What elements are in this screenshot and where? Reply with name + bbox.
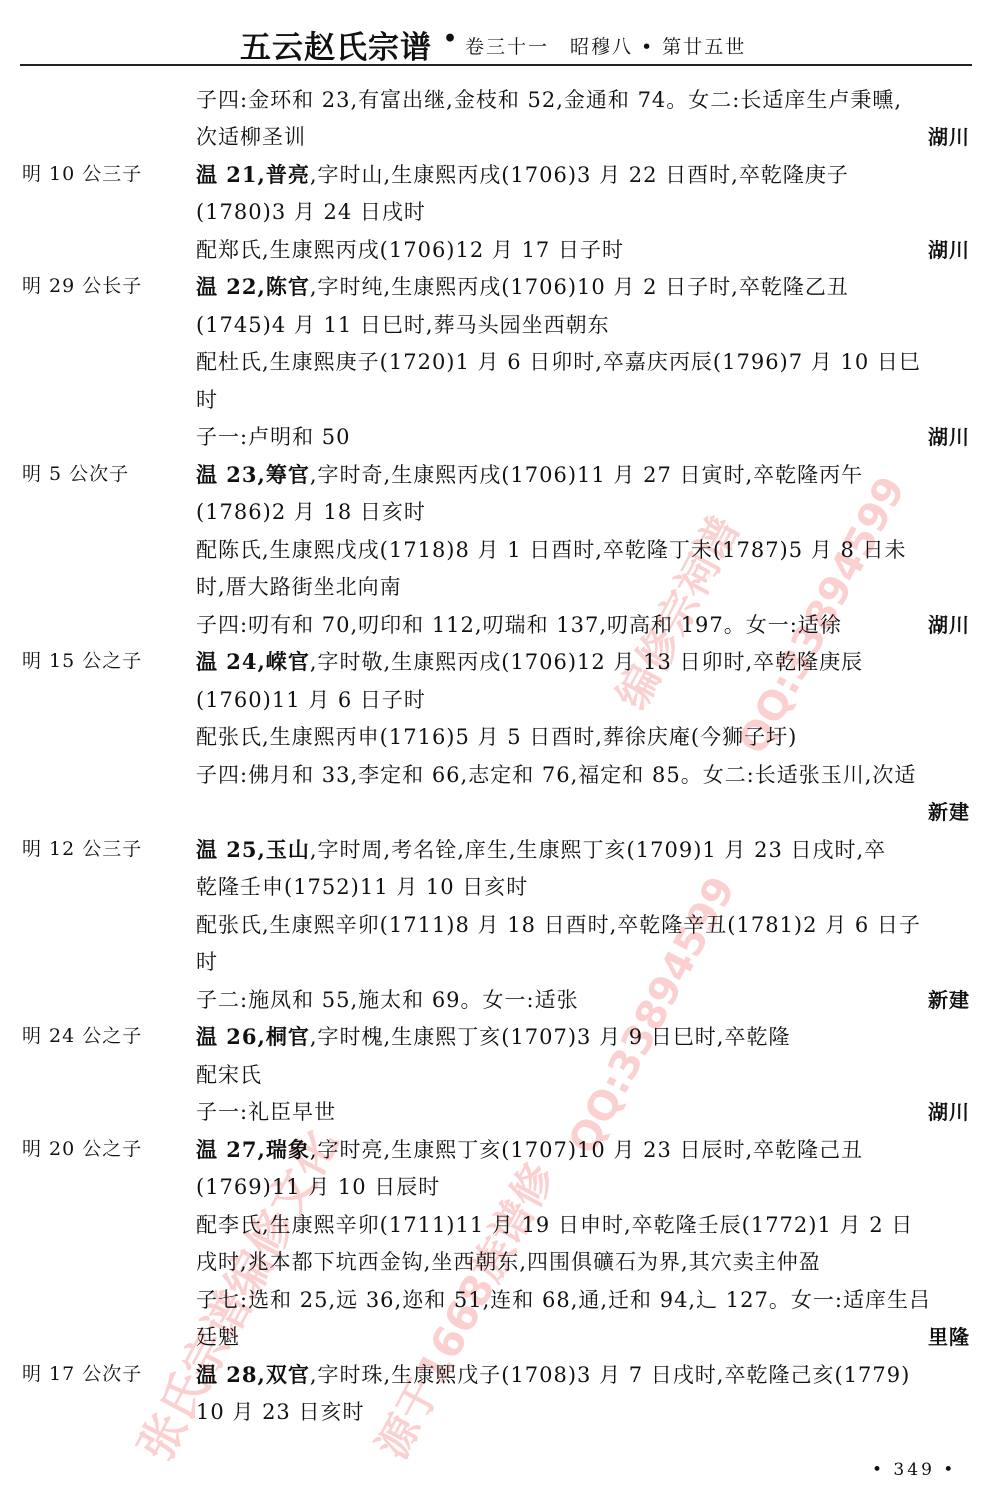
entry-number: 温 22, — [196, 274, 266, 299]
entry-text: (1786)2 月 18 日亥时 — [196, 500, 426, 524]
person-name: 嵘官 — [266, 649, 310, 674]
person-name: 玉山 — [266, 837, 310, 862]
entry-number: 温 21, — [196, 162, 266, 187]
entry-heading-line: 温 22,陈官,字时纯,生康熙丙戌(1706)10 月 2 日子时,卒乾隆乙丑 — [196, 272, 970, 302]
entry-text: ,字时奇,生康熙丙戌(1706)11 月 27 日寅时,卒乾隆丙午 — [310, 463, 863, 487]
entry-line: 新建 — [196, 797, 970, 827]
person-name: 瑞象 — [266, 1137, 310, 1162]
entry-line: 配陈氏,生康熙戊戌(1718)8 月 1 日酉时,卒乾隆丁未(1787)5 月 … — [196, 535, 970, 565]
entry-text: 配陈氏,生康熙戊戌(1718)8 月 1 日酉时,卒乾隆丁未(1787)5 月 … — [196, 538, 907, 562]
entry-line: 戌时,兆本都下坑西金钩,坐西朝东,四围俱礦石为界,其穴卖主仲盈 — [196, 1247, 970, 1277]
volume-subtitle: 卷三十一 昭穆八 • 第廿五世 — [465, 32, 746, 59]
father-label: 明 20 公之子 — [22, 1134, 142, 1164]
entry-line: 时 — [196, 947, 970, 977]
entry-line: 子七:选和 25,远 36,迩和 51,连和 68,通,迁和 94,辶 127。… — [196, 1285, 970, 1315]
entry-heading-line: 温 28,双官,字时珠,生康熙戊子(1708)3 月 7 日戌时,卒乾隆己亥(1… — [196, 1360, 970, 1390]
entry-text: ,字时纯,生康熙丙戌(1706)10 月 2 日子时,卒乾隆乙丑 — [310, 275, 849, 299]
entry-text: 廷魁 — [196, 1325, 240, 1349]
father-label: 明 17 公次子 — [22, 1359, 142, 1389]
entry-text: 子七:选和 25,远 36,迩和 51,连和 68,通,迁和 94,辶 127。… — [196, 1288, 931, 1312]
entry-line: 子四:佛月和 33,李定和 66,志定和 76,福定和 85。女二:长适张玉川,… — [196, 760, 970, 790]
father-label: 明 5 公次子 — [22, 459, 129, 489]
place-name: 新建 — [928, 797, 970, 827]
place-name: 湖川 — [928, 1097, 970, 1127]
entry-line: (1786)2 月 18 日亥时 — [196, 497, 970, 527]
entry-line: (1760)11 月 6 日子时 — [196, 685, 970, 715]
entry-text: 配李氏,生康熙辛卯(1711)11 月 19 日申时,卒乾隆壬辰(1772)1 … — [196, 1213, 913, 1237]
entry-text: 配郑氏,生康熙丙戌(1706)12 月 17 日子时 — [196, 238, 624, 262]
entry-text: 配宋氏 — [196, 1063, 262, 1087]
entry-line: 次适柳圣训湖川 — [196, 122, 970, 152]
entry-text: 子四:叨有和 70,叨印和 112,叨瑞和 137,叨高和 197。女一:适徐 — [196, 613, 842, 637]
header-separator-dot: • — [443, 26, 457, 52]
person-name: 普亮 — [266, 162, 310, 187]
entry-heading-line: 温 25,玉山,字时周,考名铨,庠生,生康熙丁亥(1709)1 月 23 日戌时… — [196, 835, 970, 865]
entry-line: 时,厝大路街坐北向南 — [196, 572, 970, 602]
person-name: 陈官 — [266, 274, 310, 299]
place-name: 湖川 — [928, 235, 970, 265]
entry-text: 配张氏,生康熙辛卯(1711)8 月 18 日酉时,卒乾隆辛丑(1781)2 月… — [196, 913, 921, 937]
entry-heading-line: 温 23,筹官,字时奇,生康熙丙戌(1706)11 月 27 日寅时,卒乾隆丙午 — [196, 460, 970, 490]
entry-line: 配郑氏,生康熙丙戌(1706)12 月 17 日子时湖川 — [196, 235, 970, 265]
place-name: 新建 — [928, 985, 970, 1015]
entry-text: 10 月 23 日亥时 — [196, 1400, 364, 1424]
entry-text: 戌时,兆本都下坑西金钩,坐西朝东,四围俱礦石为界,其穴卖主仲盈 — [196, 1250, 821, 1274]
entry-number: 温 25, — [196, 837, 266, 862]
entry-text: (1769)11 月 10 日辰时 — [196, 1175, 440, 1199]
entry-heading-line: 温 24,嵘官,字时敬,生康熙丙戌(1706)12 月 13 日卯时,卒乾隆庚辰 — [196, 647, 970, 677]
entry-number: 温 23, — [196, 462, 266, 487]
entry-text: 子二:施凤和 55,施太和 69。女一:适张 — [196, 988, 579, 1012]
entry-number: 温 27, — [196, 1137, 266, 1162]
entry-text: (1780)3 月 24 日戌时 — [196, 200, 426, 224]
father-label: 明 24 公之子 — [22, 1021, 142, 1051]
entry-text: ,字时亮,生康熙丁亥(1707)10 月 23 日辰时,卒乾隆己丑 — [310, 1138, 863, 1162]
entry-line: 子一:礼臣早世湖川 — [196, 1097, 970, 1127]
entry-number: 温 24, — [196, 649, 266, 674]
page-number: • 349 • — [872, 1460, 956, 1480]
place-name: 湖川 — [928, 610, 970, 640]
entry-line: 10 月 23 日亥时 — [196, 1397, 970, 1427]
entry-line: 子二:施凤和 55,施太和 69。女一:适张新建 — [196, 985, 970, 1015]
entry-line: 子一:卢明和 50湖川 — [196, 422, 970, 452]
entry-line: 时 — [196, 385, 970, 415]
entry-line: (1769)11 月 10 日辰时 — [196, 1172, 970, 1202]
person-name: 双官 — [266, 1362, 310, 1387]
entry-line: 子四:叨有和 70,叨印和 112,叨瑞和 137,叨高和 197。女一:适徐湖… — [196, 610, 970, 640]
entry-text: 配张氏,生康熙丙申(1716)5 月 5 日酉时,葬徐庆庵(今狮子圩) — [196, 725, 797, 749]
father-label: 明 29 公长子 — [22, 271, 142, 301]
entry-line: 配李氏,生康熙辛卯(1711)11 月 19 日申时,卒乾隆壬辰(1772)1 … — [196, 1210, 970, 1240]
place-name: 湖川 — [928, 122, 970, 152]
entry-heading-line: 温 27,瑞象,字时亮,生康熙丁亥(1707)10 月 23 日辰时,卒乾隆己丑 — [196, 1135, 970, 1165]
entry-number: 温 28, — [196, 1362, 266, 1387]
place-name: 湖川 — [928, 422, 970, 452]
entry-heading-line: 温 21,普亮,字时山,生康熙丙戌(1706)3 月 22 日酉时,卒乾隆庚子 — [196, 160, 970, 190]
entry-text: 配杜氏,生康熙庚子(1720)1 月 6 日卯时,卒嘉庆丙辰(1796)7 月 … — [196, 350, 921, 374]
entry-text: (1745)4 月 11 日巳时,葬马头园坐西朝东 — [196, 313, 610, 337]
entry-text: ,字时珠,生康熙戊子(1708)3 月 7 日戌时,卒乾隆己亥(1779) — [310, 1363, 910, 1387]
entry-line: 子四:金环和 23,有富出继,金枝和 52,金通和 74。女二:长适庠生卢秉曛, — [196, 85, 970, 115]
entry-text: 子四:金环和 23,有富出继,金枝和 52,金通和 74。女二:长适庠生卢秉曛, — [196, 88, 902, 112]
entry-text: 子一:礼臣早世 — [196, 1100, 336, 1124]
entry-line: 配杜氏,生康熙庚子(1720)1 月 6 日卯时,卒嘉庆丙辰(1796)7 月 … — [196, 347, 970, 377]
entry-heading-line: 温 26,桐官,字时槐,生康熙丁亥(1707)3 月 9 日巳时,卒乾隆 — [196, 1022, 970, 1052]
entry-text: ,字时敬,生康熙丙戌(1706)12 月 13 日卯时,卒乾隆庚辰 — [310, 650, 863, 674]
person-name: 筹官 — [266, 462, 310, 487]
place-name: 里隆 — [928, 1322, 970, 1352]
entry-number: 温 26, — [196, 1024, 266, 1049]
entry-line: (1780)3 月 24 日戌时 — [196, 197, 970, 227]
entry-text: (1760)11 月 6 日子时 — [196, 688, 426, 712]
entry-text: 次适柳圣训 — [196, 125, 306, 149]
entry-line: 配张氏,生康熙丙申(1716)5 月 5 日酉时,葬徐庆庵(今狮子圩) — [196, 722, 970, 752]
father-label: 明 10 公三子 — [22, 159, 142, 189]
entry-text: ,字时周,考名铨,庠生,生康熙丁亥(1709)1 月 23 日戌时,卒 — [310, 838, 886, 862]
entry-line: (1745)4 月 11 日巳时,葬马头园坐西朝东 — [196, 310, 970, 340]
entry-line: 廷魁里隆 — [196, 1322, 970, 1352]
entry-text: 时 — [196, 388, 218, 412]
entry-text: 时 — [196, 950, 218, 974]
father-label: 明 12 公三子 — [22, 834, 142, 864]
person-name: 桐官 — [266, 1024, 310, 1049]
page-header: 五云赵氏宗谱 • 卷三十一 昭穆八 • 第廿五世 — [0, 18, 992, 64]
header-rule — [20, 64, 972, 66]
book-title: 五云赵氏宗谱 — [240, 22, 432, 67]
entry-text: ,字时山,生康熙丙戌(1706)3 月 22 日酉时,卒乾隆庚子 — [310, 163, 849, 187]
entry-line: 乾隆壬申(1752)11 月 10 日亥时 — [196, 872, 970, 902]
entry-text: 乾隆壬申(1752)11 月 10 日亥时 — [196, 875, 528, 899]
father-label: 明 15 公之子 — [22, 646, 142, 676]
entry-line: 配张氏,生康熙辛卯(1711)8 月 18 日酉时,卒乾隆辛丑(1781)2 月… — [196, 910, 970, 940]
entry-text: ,字时槐,生康熙丁亥(1707)3 月 9 日巳时,卒乾隆 — [310, 1025, 791, 1049]
entry-text: 子四:佛月和 33,李定和 66,志定和 76,福定和 85。女二:长适张玉川,… — [196, 763, 916, 787]
entry-line: 配宋氏 — [196, 1060, 970, 1090]
entry-text: 时,厝大路街坐北向南 — [196, 575, 402, 599]
entry-text: 子一:卢明和 50 — [196, 425, 350, 449]
